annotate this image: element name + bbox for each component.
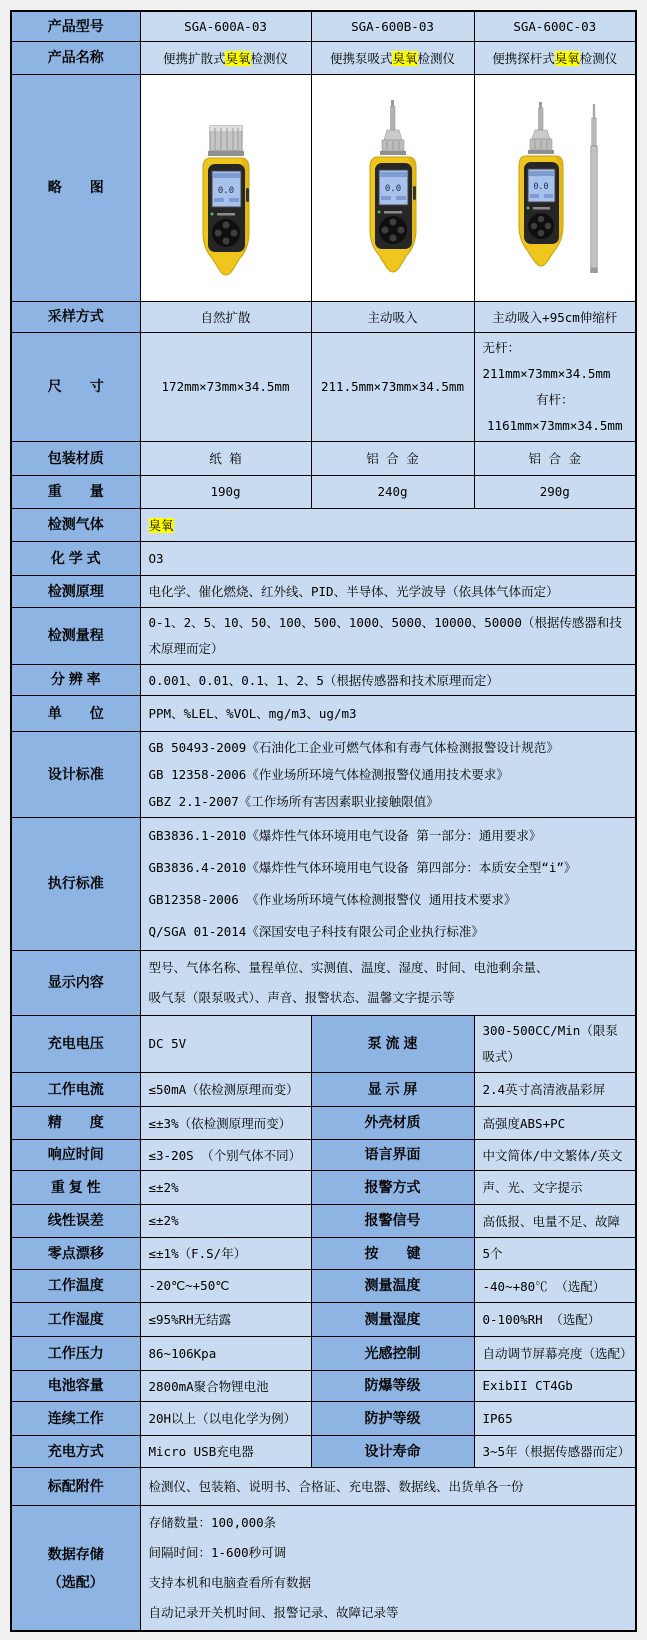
gas-value: 臭氧 xyxy=(140,508,636,541)
row-working-pressure: 工作压力 86~106Kpa 光感控制 自动调节屏幕亮度（选配） xyxy=(11,1336,636,1370)
label-protection-grade: 防护等级 xyxy=(311,1401,474,1435)
alarm-signal-value: 高低报、电量不足、故障 xyxy=(474,1204,636,1237)
label-gas: 检测气体 xyxy=(11,508,140,541)
telescopic-rod xyxy=(590,104,598,273)
row-charging-method: 充电方式 Micro USB充电器 设计寿命 3~5年（根据传感器而定） xyxy=(11,1435,636,1467)
highlighted-gas: 臭氧 xyxy=(225,51,250,66)
row-accessories: 标配附件 检测仪、包装箱、说明书、合格证、充电器、数据线、出货单各一份 xyxy=(11,1467,636,1505)
row-battery: 电池容量 2800mA聚合物锂电池 防爆等级 ExibII CT4Gb xyxy=(11,1370,636,1401)
label-explosion-proof: 防爆等级 xyxy=(311,1370,474,1401)
resolution-value: 0.001、0.01、0.1、1、2、5（根据传感器和技术原理而定） xyxy=(140,664,636,695)
row-weight: 重 量 190g 240g 290g xyxy=(11,475,636,508)
size-a: 172mm×73mm×34.5mm xyxy=(140,332,311,441)
pump-detector-image: 0.0 xyxy=(313,78,473,298)
label-sketch: 略 图 xyxy=(11,74,140,301)
range-value: 0-1、2、5、10、50、100、500、1000、5000、10000、50… xyxy=(140,607,636,664)
packaging-b: 铝 合 金 xyxy=(311,441,474,475)
label-response-time: 响应时间 xyxy=(11,1139,140,1170)
label-battery: 电池容量 xyxy=(11,1370,140,1401)
pump-flow-value: 300-500CC/Min（限泵吸式） xyxy=(474,1015,636,1072)
design-standard-value: GB 50493-2009《石油化工企业可燃气体和有毒气体检测报警设计规范》 G… xyxy=(140,731,636,817)
row-response-time: 响应时间 ≤3-20S （个别气体不同） 语言界面 中文简体/中文繁体/英文 xyxy=(11,1139,636,1170)
label-working-pressure: 工作压力 xyxy=(11,1336,140,1370)
label-language: 语言界面 xyxy=(311,1139,474,1170)
row-design-standard: 设计标准 GB 50493-2009《石油化工企业可燃气体和有毒气体检测报警设计… xyxy=(11,731,636,817)
label-accuracy: 精 度 xyxy=(11,1106,140,1139)
svg-text:0.0: 0.0 xyxy=(384,184,400,194)
model-c: SGA-600C-03 xyxy=(474,11,636,41)
row-sketch: 略 图 0.0 xyxy=(11,74,636,301)
size-c: 无杆： 211mm×73mm×34.5mm 有杆： 1161mm×73mm×34… xyxy=(474,332,636,441)
label-size: 尺 寸 xyxy=(11,332,140,441)
row-accuracy: 精 度 ≤±3%（依检测原理而变） 外壳材质 高强度ABS+PC xyxy=(11,1106,636,1139)
highlighted-gas: 臭氧 xyxy=(392,51,417,66)
label-charging-method: 充电方式 xyxy=(11,1435,140,1467)
row-working-temp: 工作温度 -20℃~+50℃ 测量温度 -40~+80℃ （选配） xyxy=(11,1269,636,1302)
product-name-c: 便携探杆式臭氧检测仪 xyxy=(474,41,636,74)
label-unit: 单 位 xyxy=(11,695,140,731)
protection-grade-value: IP65 xyxy=(474,1401,636,1435)
label-working-humidity: 工作湿度 xyxy=(11,1302,140,1336)
row-repeatability: 重 复 性 ≤±2% 报警方式 声、光、文字提示 xyxy=(11,1170,636,1204)
row-data-storage: 数据存储 （选配） 存储数量：100,000条 间隔时间：1-600秒可调 支持… xyxy=(11,1505,636,1631)
sketch-cell-a: 0.0 xyxy=(140,74,311,301)
keys-value: 5个 xyxy=(474,1237,636,1269)
sampling-b: 主动吸入 xyxy=(311,301,474,332)
size-b: 211.5mm×73mm×34.5mm xyxy=(311,332,474,441)
zero-drift-value: ≤±1%（F.S/年） xyxy=(140,1237,311,1269)
label-display-content: 显示内容 xyxy=(11,950,140,1015)
accuracy-value: ≤±3%（依检测原理而变） xyxy=(140,1106,311,1139)
label-product-model: 产品型号 xyxy=(11,11,140,41)
label-design-standard: 设计标准 xyxy=(11,731,140,817)
weight-b: 240g xyxy=(311,475,474,508)
label-repeatability: 重 复 性 xyxy=(11,1170,140,1204)
data-storage-value: 存储数量：100,000条 间隔时间：1-600秒可调 支持本机和电脑查看所有数… xyxy=(140,1505,636,1631)
principle-value: 电化学、催化燃烧、红外线、PID、半导体、光学波导（依具体气体而定） xyxy=(140,575,636,607)
repeatability-value: ≤±2% xyxy=(140,1170,311,1204)
label-light-control: 光感控制 xyxy=(311,1336,474,1370)
charging-method-value: Micro USB充电器 xyxy=(140,1435,311,1467)
exec-standard-value: GB3836.1-2010《爆炸性气体环境用电气设备 第一部分：通用要求》 GB… xyxy=(140,817,636,950)
accessories-value: 检测仪、包装箱、说明书、合格证、充电器、数据线、出货单各一份 xyxy=(140,1467,636,1505)
row-display-content: 显示内容 型号、气体名称、量程单位、实测值、温度、湿度、时间、电池剩余量、 吸气… xyxy=(11,950,636,1015)
charge-voltage-value: DC 5V xyxy=(140,1015,311,1072)
sampling-c: 主动吸入+95cm伸缩杆 xyxy=(474,301,636,332)
label-linearity-error: 线性误差 xyxy=(11,1204,140,1237)
label-product-name: 产品名称 xyxy=(11,41,140,74)
working-pressure-value: 86~106Kpa xyxy=(140,1336,311,1370)
unit-value: PPM、%LEL、%VOL、mg/m3、ug/m3 xyxy=(140,695,636,731)
label-design-life: 设计寿命 xyxy=(311,1435,474,1467)
highlighted-gas: 臭氧 xyxy=(149,518,174,533)
weight-c: 290g xyxy=(474,475,636,508)
row-linearity-error: 线性误差 ≤±2% 报警信号 高低报、电量不足、故障 xyxy=(11,1204,636,1237)
light-control-value: 自动调节屏幕亮度（选配） xyxy=(474,1336,636,1370)
row-continuous-work: 连续工作 20H以上（以电化学为例） 防护等级 IP65 xyxy=(11,1401,636,1435)
linearity-error-value: ≤±2% xyxy=(140,1204,311,1237)
page-background: 产品型号 SGA-600A-03 SGA-600B-03 SGA-600C-03… xyxy=(0,10,647,1632)
packaging-c: 铝 合 金 xyxy=(474,441,636,475)
row-packaging: 包装材质 纸 箱 铝 合 金 铝 合 金 xyxy=(11,441,636,475)
diffusion-detector-image: 0.0 xyxy=(146,78,306,298)
label-charge-voltage: 充电电压 xyxy=(11,1015,140,1072)
sketch-cell-b: 0.0 xyxy=(311,74,474,301)
language-value: 中文简体/中文繁体/英文 xyxy=(474,1139,636,1170)
row-principle: 检测原理 电化学、催化燃烧、红外线、PID、半导体、光学波导（依具体气体而定） xyxy=(11,575,636,607)
label-accessories: 标配附件 xyxy=(11,1467,140,1505)
label-alarm-signal: 报警信号 xyxy=(311,1204,474,1237)
label-zero-drift: 零点漂移 xyxy=(11,1237,140,1269)
model-a: SGA-600A-03 xyxy=(140,11,311,41)
formula-value: O3 xyxy=(140,541,636,575)
measure-temp-value: -40~+80℃ （选配） xyxy=(474,1269,636,1302)
row-working-current: 工作电流 ≤50mA（依检测原理而变） 显 示 屏 2.4英寸高清液晶彩屏 xyxy=(11,1072,636,1106)
label-alarm-mode: 报警方式 xyxy=(311,1170,474,1204)
packaging-a: 纸 箱 xyxy=(140,441,311,475)
label-pump-flow: 泵 流 速 xyxy=(311,1015,474,1072)
display-screen-value: 2.4英寸高清液晶彩屏 xyxy=(474,1072,636,1106)
battery-value: 2800mA聚合物锂电池 xyxy=(140,1370,311,1401)
continuous-work-value: 20H以上（以电化学为例） xyxy=(140,1401,311,1435)
model-b: SGA-600B-03 xyxy=(311,11,474,41)
label-continuous-work: 连续工作 xyxy=(11,1401,140,1435)
response-time-value: ≤3-20S （个别气体不同） xyxy=(140,1139,311,1170)
explosion-proof-value: ExibII CT4Gb xyxy=(474,1370,636,1401)
svg-text:0.0: 0.0 xyxy=(217,186,233,196)
row-product-name: 产品名称 便携扩散式臭氧检测仪 便携泵吸式臭氧检测仪 便携探杆式臭氧检测仪 xyxy=(11,41,636,74)
label-sampling: 采样方式 xyxy=(11,301,140,332)
product-spec-table: 产品型号 SGA-600A-03 SGA-600B-03 SGA-600C-03… xyxy=(10,10,637,1632)
product-name-a: 便携扩散式臭氧检测仪 xyxy=(140,41,311,74)
working-current-value: ≤50mA（依检测原理而变） xyxy=(140,1072,311,1106)
weight-a: 190g xyxy=(140,475,311,508)
row-product-model: 产品型号 SGA-600A-03 SGA-600B-03 SGA-600C-03 xyxy=(11,11,636,41)
shell-material-value: 高强度ABS+PC xyxy=(474,1106,636,1139)
product-name-b: 便携泵吸式臭氧检测仪 xyxy=(311,41,474,74)
label-display-screen: 显 示 屏 xyxy=(311,1072,474,1106)
row-exec-standard: 执行标准 GB3836.1-2010《爆炸性气体环境用电气设备 第一部分：通用要… xyxy=(11,817,636,950)
row-sampling: 采样方式 自然扩散 主动吸入 主动吸入+95cm伸缩杆 xyxy=(11,301,636,332)
design-life-value: 3~5年（根据传感器而定） xyxy=(474,1435,636,1467)
row-unit: 单 位 PPM、%LEL、%VOL、mg/m3、ug/m3 xyxy=(11,695,636,731)
probe-rod-detector-image: 0.0 xyxy=(475,78,635,298)
measure-humidity-value: 0-100%RH （选配） xyxy=(474,1302,636,1336)
label-exec-standard: 执行标准 xyxy=(11,817,140,950)
label-packaging: 包装材质 xyxy=(11,441,140,475)
sampling-a: 自然扩散 xyxy=(140,301,311,332)
label-formula: 化 学 式 xyxy=(11,541,140,575)
label-resolution: 分 辨 率 xyxy=(11,664,140,695)
row-resolution: 分 辨 率 0.001、0.01、0.1、1、2、5（根据传感器和技术原理而定） xyxy=(11,664,636,695)
alarm-mode-value: 声、光、文字提示 xyxy=(474,1170,636,1204)
display-content-value: 型号、气体名称、量程单位、实测值、温度、湿度、时间、电池剩余量、 吸气泵（限泵吸… xyxy=(140,950,636,1015)
highlighted-gas: 臭氧 xyxy=(555,51,580,66)
svg-text:0.0: 0.0 xyxy=(533,182,548,192)
working-humidity-value: ≤95%RH无结露 xyxy=(140,1302,311,1336)
label-working-current: 工作电流 xyxy=(11,1072,140,1106)
label-measure-humidity: 测量湿度 xyxy=(311,1302,474,1336)
label-working-temp: 工作温度 xyxy=(11,1269,140,1302)
label-weight: 重 量 xyxy=(11,475,140,508)
row-range: 检测量程 0-1、2、5、10、50、100、500、1000、5000、100… xyxy=(11,607,636,664)
label-measure-temp: 测量温度 xyxy=(311,1269,474,1302)
working-temp-value: -20℃~+50℃ xyxy=(140,1269,311,1302)
label-shell-material: 外壳材质 xyxy=(311,1106,474,1139)
row-formula: 化 学 式 O3 xyxy=(11,541,636,575)
row-size: 尺 寸 172mm×73mm×34.5mm 211.5mm×73mm×34.5m… xyxy=(11,332,636,441)
label-principle: 检测原理 xyxy=(11,575,140,607)
row-charge-voltage: 充电电压 DC 5V 泵 流 速 300-500CC/Min（限泵吸式） xyxy=(11,1015,636,1072)
row-zero-drift: 零点漂移 ≤±1%（F.S/年） 按 键 5个 xyxy=(11,1237,636,1269)
sketch-cell-c: 0.0 xyxy=(474,74,636,301)
label-data-storage: 数据存储 （选配） xyxy=(11,1505,140,1631)
label-range: 检测量程 xyxy=(11,607,140,664)
row-working-humidity: 工作湿度 ≤95%RH无结露 测量湿度 0-100%RH （选配） xyxy=(11,1302,636,1336)
label-keys: 按 键 xyxy=(311,1237,474,1269)
row-gas: 检测气体 臭氧 xyxy=(11,508,636,541)
